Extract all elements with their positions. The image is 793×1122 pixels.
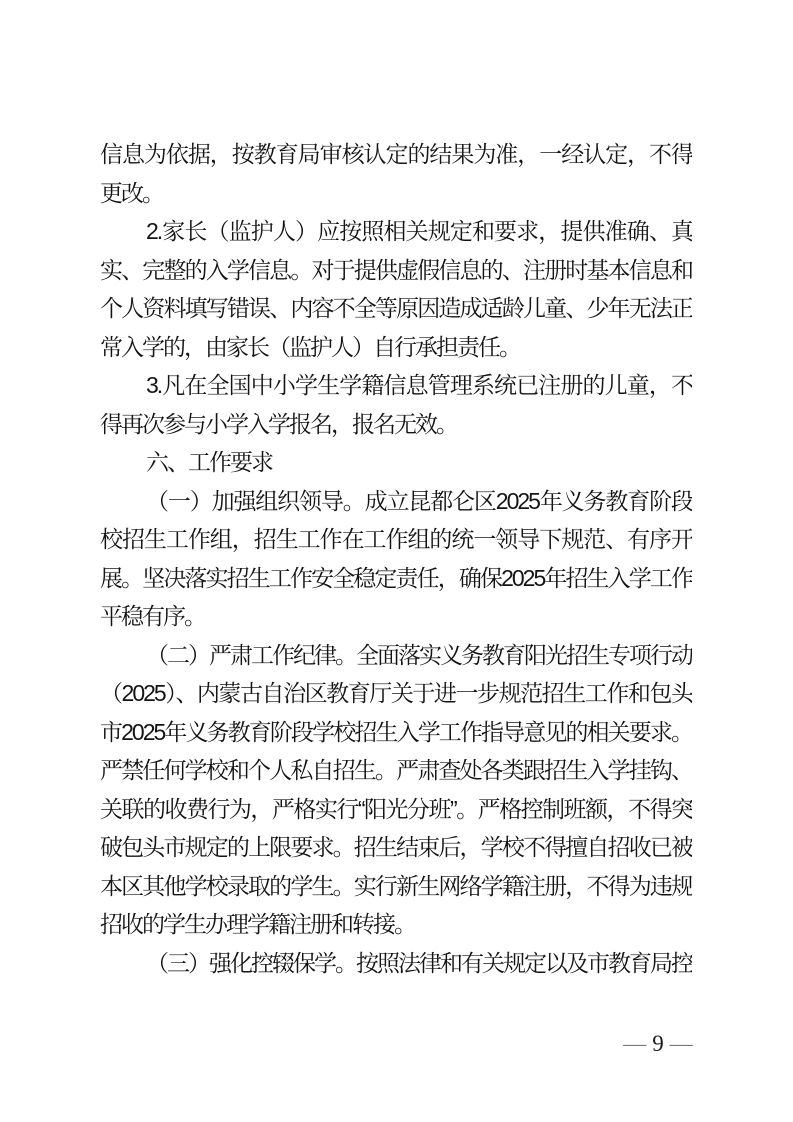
page-number: —9— [598,1030,718,1058]
text-line: 3.凡在全国中小学生学籍信息管理系统已注册的儿童，不 [100,366,692,405]
text-line: 展。坚决落实招生工作安全稳定责任，确保2025年招生入学工作 [100,559,692,598]
text-line: （三）强化控辍保学。按照法律和有关规定以及市教育局控 [100,944,692,983]
text-line: 信息为依据，按教育局审核认定的结果为准，一经认定，不得 [100,135,692,174]
text-line: 招收的学生办理学籍注册和转接。 [100,905,692,944]
text-line: 得再次参与小学入学报名，报名无效。 [100,405,692,444]
page-body: 信息为依据，按教育局审核认定的结果为准，一经认定，不得 更改。 2.家长（监护人… [100,135,692,982]
text-line: （二）严肃工作纪律。全面落实义务教育阳光招生专项行动 [100,636,692,675]
text-line: 常入学的，由家长（监护人）自行承担责任。 [100,328,692,367]
text-line: 平稳有序。 [100,597,692,636]
text-line: 本区其他学校录取的学生。实行新生网络学籍注册，不得为违规 [100,867,692,906]
text-line: 2.家长（监护人）应按照相关规定和要求，提供准确、真 [100,212,692,251]
section-heading-line: 六、工作要求 [100,443,692,482]
text-line: 个人资料填写错误、内容不全等原因造成适龄儿童、少年无法正 [100,289,692,328]
text-line: （2025）、内蒙古自治区教育厅关于进一步规范招生工作和包头 [100,674,692,713]
page-number-dash-right: — [664,1031,699,1056]
document-page: 信息为依据，按教育局审核认定的结果为准，一经认定，不得 更改。 2.家长（监护人… [0,0,793,1122]
page-number-dash-left: — [617,1031,652,1056]
text-line: 破包头市规定的上限要求。招生结束后，学校不得擅自招收已被 [100,828,692,867]
text-line: 实、完整的入学信息。对于提供虚假信息的、注册时基本信息和 [100,251,692,290]
text-line: 更改。 [100,174,692,213]
text-line: （一）加强组织领导。成立昆都仑区2025年义务教育阶段学 [100,482,692,521]
text-line: 市2025年义务教育阶段学校招生入学工作指导意见的相关要求。 [100,713,692,752]
text-line: 严禁任何学校和个人私自招生。严肃查处各类跟招生入学挂钩、 [100,751,692,790]
text-line: 关联的收费行为，严格实行“阳光分班”。严格控制班额，不得突 [100,790,692,829]
page-number-value: 9 [652,1031,664,1056]
text-line: 校招生工作组，招生工作在工作组的统一领导下规范、有序开 [100,520,692,559]
